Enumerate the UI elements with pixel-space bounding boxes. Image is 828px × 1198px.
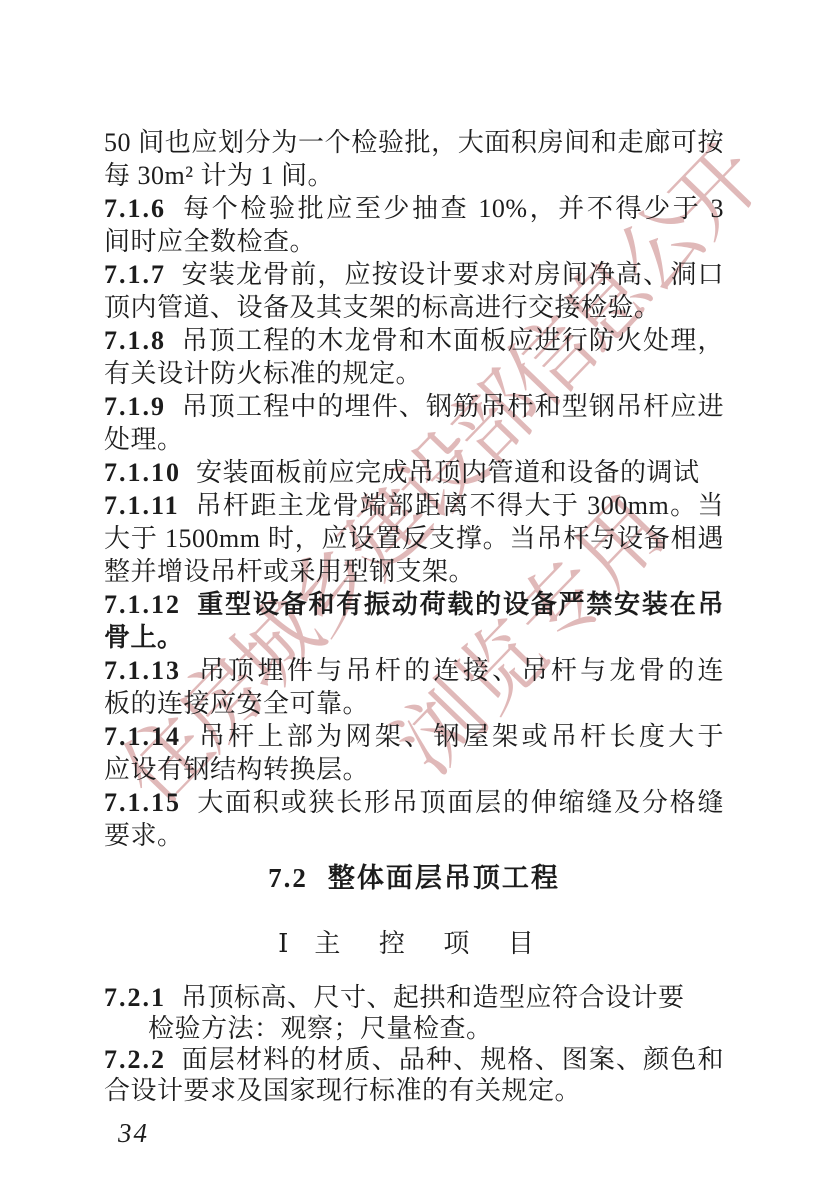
clause-number: 7.1.7 xyxy=(104,260,166,289)
subsection-title: 主 控 项 目 xyxy=(314,929,550,958)
clause-text: 吊顶工程的木龙骨和木面板应进行防火处理，并应符合 xyxy=(104,326,724,357)
text-line: 顶内管道、设备及其支架的标高进行交接检验。 xyxy=(104,291,724,324)
text-line: 每 30m² 计为 1 间。 xyxy=(104,159,724,192)
text-line: 检验方法：观察；尺量检查。 xyxy=(104,1013,724,1044)
clause-number: 7.2.2 xyxy=(104,1045,166,1074)
text-line: 整并增设吊杆或采用型钢支架。 xyxy=(104,555,724,588)
text-line: 骨上。 xyxy=(104,621,724,654)
clause-text: 大于 1500mm 时，应设置反支撑。当吊杆与设备相遇时，应调 xyxy=(104,524,724,555)
text-line: 7.1.14吊杆上部为网架、钢屋架或吊杆长度大于 2500mm 时， xyxy=(104,720,724,753)
document-page: 住房城乡建设部信息公开 浏览专用 50 间也应划分为一个检验批，大面积房间和走廊… xyxy=(0,0,828,1198)
section-heading: 7.2整体面层吊顶工程 xyxy=(104,862,724,895)
clause-text: 板的连接应安全可靠。 xyxy=(104,689,369,718)
clause-number: 7.1.8 xyxy=(104,326,166,355)
clause-text: 吊顶工程中的埋件、钢筋吊杆和型钢吊杆应进行防腐 xyxy=(104,392,724,423)
clause-text: 安装面板前应完成吊顶内管道和设备的调试及验收。 xyxy=(104,458,700,489)
clause-text: 要求。 xyxy=(104,821,184,850)
section-number: 7.2 xyxy=(268,863,308,893)
clause-text: 安装龙骨前，应按设计要求对房间净高、洞口标高和吊 xyxy=(104,260,724,291)
clause-text: 每 30m² 计为 1 间。 xyxy=(104,161,334,190)
clause-number: 7.1.12 xyxy=(104,590,181,619)
clause-number: 7.2.1 xyxy=(104,983,166,1012)
text-line: 7.1.8吊顶工程的木龙骨和木面板应进行防火处理，并应符合 xyxy=(104,324,724,357)
text-block: 50 间也应划分为一个检验批，大面积房间和走廊可按吊顶面积每 30m² 计为 1… xyxy=(104,126,724,1106)
text-line: 7.1.10安装面板前应完成吊顶内管道和设备的调试及验收。 xyxy=(104,456,724,489)
clause-number: 7.1.6 xyxy=(104,194,166,223)
clause-text: 吊杆上部为网架、钢屋架或吊杆长度大于 2500mm 时， xyxy=(104,722,724,753)
text-line: 要求。 xyxy=(104,819,724,852)
subsection-heading: Ⅰ主 控 项 目 xyxy=(104,927,724,960)
section-title: 整体面层吊顶工程 xyxy=(328,863,560,893)
text-line: 间时应全数检查。 xyxy=(104,225,724,258)
clause-text: 吊顶埋件与吊杆的连接、吊杆与龙骨的连接、龙骨与面 xyxy=(104,656,724,687)
text-line: 7.2.2面层材料的材质、品种、规格、图案、颜色和性能应符 xyxy=(104,1044,724,1075)
clause-text: 间时应全数检查。 xyxy=(104,227,316,256)
clause-number: 7.1.11 xyxy=(104,491,180,520)
text-line: 7.1.11吊杆距主龙骨端部距离不得大于 300mm。当吊杆长度 xyxy=(104,489,724,522)
clause-text: 大面积或狭长形吊顶面层的伸缩缝及分格缝应符合设计 xyxy=(104,788,724,819)
clause-text: 吊顶标高、尺寸、起拱和造型应符合设计要求。 xyxy=(104,983,685,1013)
page-number: 34 xyxy=(118,1118,149,1149)
text-line: 板的连接应安全可靠。 xyxy=(104,687,724,720)
clause-number: 7.1.13 xyxy=(104,656,181,685)
text-line: 7.1.12重型设备和有振动荷载的设备严禁安装在吊顶工程的龙 xyxy=(104,588,724,621)
text-line: 7.2.1吊顶标高、尺寸、起拱和造型应符合设计要求。 xyxy=(104,982,724,1013)
clause-text: 面层材料的材质、品种、规格、图案、颜色和性能应符 xyxy=(104,1045,724,1075)
clause-text: 处理。 xyxy=(104,425,184,454)
text-line: 50 间也应划分为一个检验批，大面积房间和走廊可按吊顶面积 xyxy=(104,126,724,159)
clause-text: 顶内管道、设备及其支架的标高进行交接检验。 xyxy=(104,293,661,322)
text-line: 7.1.13吊顶埋件与吊杆的连接、吊杆与龙骨的连接、龙骨与面 xyxy=(104,654,724,687)
subsection-numeral: Ⅰ xyxy=(278,929,288,958)
clause-text: 吊杆距主龙骨端部距离不得大于 300mm。当吊杆长度 xyxy=(104,491,724,522)
text-line: 大于 1500mm 时，应设置反支撑。当吊杆与设备相遇时，应调 xyxy=(104,522,724,555)
clause-text: 合设计要求及国家现行标准的有关规定。 xyxy=(104,1076,581,1105)
clause-number: 7.1.15 xyxy=(104,788,181,817)
clause-text: 应设有钢结构转换层。 xyxy=(104,755,369,784)
text-line: 7.1.9吊顶工程中的埋件、钢筋吊杆和型钢吊杆应进行防腐 xyxy=(104,390,724,423)
clause-number: 7.1.9 xyxy=(104,392,166,421)
text-line: 处理。 xyxy=(104,423,724,456)
clause-lines: 7.2.1吊顶标高、尺寸、起拱和造型应符合设计要求。检验方法：观察；尺量检查。7… xyxy=(104,982,724,1106)
text-line: 7.1.6每个检验批应至少抽查 10%，并不得少于 3 间，不足 3 xyxy=(104,192,724,225)
text-line: 7.1.7安装龙骨前，应按设计要求对房间净高、洞口标高和吊 xyxy=(104,258,724,291)
text-line: 7.1.15大面积或狭长形吊顶面层的伸缩缝及分格缝应符合设计 xyxy=(104,786,724,819)
clause-text: 每个检验批应至少抽查 10%，并不得少于 3 间，不足 3 xyxy=(104,194,724,225)
clause-text: 骨上。 xyxy=(104,623,184,652)
clause-number: 7.1.14 xyxy=(104,722,181,751)
intro-lines: 50 间也应划分为一个检验批，大面积房间和走廊可按吊顶面积每 30m² 计为 1… xyxy=(104,126,724,852)
text-line: 合设计要求及国家现行标准的有关规定。 xyxy=(104,1075,724,1106)
clause-text: 50 间也应划分为一个检验批，大面积房间和走廊可按吊顶面积 xyxy=(104,128,724,159)
clause-text: 有关设计防火标准的规定。 xyxy=(104,359,422,388)
clause-text: 重型设备和有振动荷载的设备严禁安装在吊顶工程的龙 xyxy=(104,590,724,621)
text-line: 有关设计防火标准的规定。 xyxy=(104,357,724,390)
clause-text: 检验方法：观察；尺量检查。 xyxy=(148,1014,493,1043)
clause-text: 整并增设吊杆或采用型钢支架。 xyxy=(104,557,475,586)
clause-number: 7.1.10 xyxy=(104,458,181,487)
text-line: 应设有钢结构转换层。 xyxy=(104,753,724,786)
